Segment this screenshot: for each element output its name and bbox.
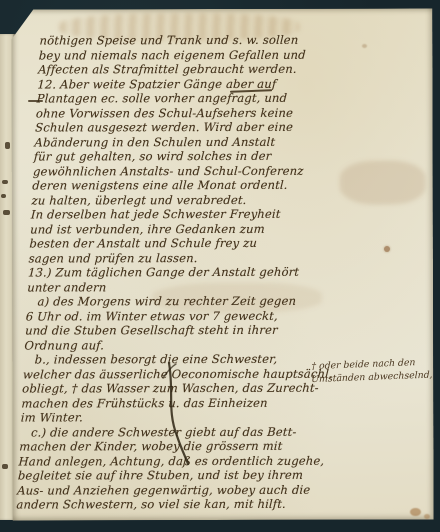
handwritten-line: andern Schwestern, so viel sie kan, mit … <box>16 497 339 512</box>
handwritten-line: deren wenigstens eine alle Monat ordentl… <box>32 178 355 193</box>
manuscript-page: nöthigen Speise und Trank und s. w. soll… <box>11 8 433 520</box>
handwritten-line: Hand anlegen, Achtung, daß es ordentlich… <box>18 453 341 468</box>
handwritten-line: besten der Anstalt und Schule frey zu <box>29 236 352 251</box>
handwritten-line: machen des Frühstücks u. das Einheizen <box>21 395 344 410</box>
adjacent-page-ink-mark <box>5 142 10 149</box>
handwritten-line: b., indessen besorgt die eine Schwester, <box>23 352 346 367</box>
handwritten-line: welcher das äusserliche Oeconomische hau… <box>23 366 346 381</box>
handwritten-line: im Winter. <box>20 410 343 425</box>
adjacent-page-ink-mark <box>2 180 8 184</box>
handwritten-line: Schulen ausgesezt werden. Wird aber eine <box>35 120 358 135</box>
handwritten-line: 12. Aber weite Spatzier Gänge aber auf <box>37 76 360 91</box>
handwritten-line: In derselben hat jede Schwester Freyheit <box>31 207 354 222</box>
handwritten-line: Abänderung in den Schulen und Anstalt <box>34 134 357 149</box>
handwritten-line: obliegt, † das Wasser zum Waschen, das Z… <box>22 381 345 396</box>
handwritten-line: 13.) Zum täglichen Gange der Anstalt geh… <box>28 265 351 280</box>
handwritten-line: c.) die andere Schwester giebt auf das B… <box>20 424 343 439</box>
handwritten-line: zu halten, überlegt und verabredet. <box>31 192 354 207</box>
handwritten-line: machen der Kinder, wobey die grössern mi… <box>19 439 342 454</box>
manuscript-scan: nöthigen Speise und Trank und s. w. soll… <box>0 0 440 532</box>
handwritten-line: nöthigen Speise und Trank und s. w. soll… <box>39 33 362 48</box>
handwritten-line: gewöhnlichen Anstalts- und Schul-Confere… <box>33 163 356 178</box>
handwritten-line: sagen und prüfen zu lassen. <box>28 250 351 265</box>
handwritten-line: 6 Uhr od. im Winter etwas vor 7 geweckt, <box>25 308 348 323</box>
handwritten-line: begleitet sie auf ihre Stuben, und ist b… <box>18 468 341 483</box>
underline-mark-12 <box>28 100 43 102</box>
handwritten-line: und ist verbunden, ihre Gedanken zum <box>30 221 353 236</box>
handwritten-line: für gut gehalten, so wird solches in der <box>33 149 356 164</box>
margin-annotation: † oder beide nach denUmständen abwechsel… <box>311 355 440 386</box>
adjacent-page-ink-mark <box>3 210 10 215</box>
handwritten-line: unter andern <box>27 279 350 294</box>
handwritten-line: Ordnung auf. <box>24 337 347 352</box>
handwritten-line: bey und niemals nach eigenem Gefallen un… <box>38 47 361 62</box>
handwritten-line: Plantagen ec. solle vorher angefragt, un… <box>36 91 359 106</box>
handwritten-line: Affecten als Strafmittel gebraucht werde… <box>38 62 361 77</box>
adjacent-page-ink-mark <box>1 194 6 198</box>
handwritten-line: ohne Vorwissen des Schul-Aufsehers keine <box>36 105 359 120</box>
handwritten-line: a) des Morgens wird zu rechter Zeit gege… <box>26 294 349 309</box>
handwritten-line: Aus- und Anziehen gegenwärtig, wobey auc… <box>17 482 340 497</box>
handwritten-body-text: nöthigen Speise und Trank und s. w. soll… <box>16 33 362 512</box>
handwritten-line: und die Stuben Gesellschaft steht in ihr… <box>25 323 348 338</box>
adjacent-page-ink-mark <box>2 464 8 469</box>
